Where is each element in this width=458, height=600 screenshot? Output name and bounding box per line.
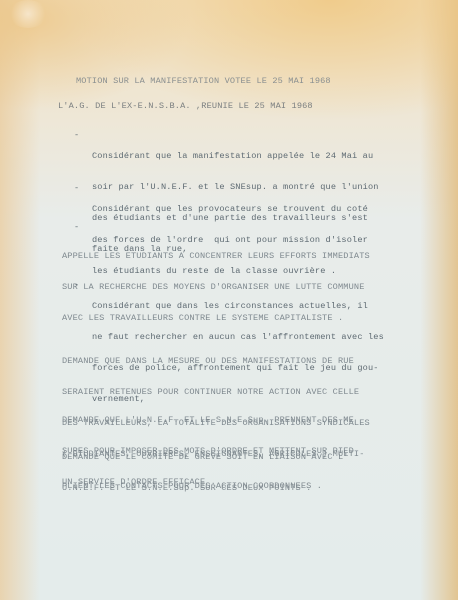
text-line: Considérant que la manifestation appelée…	[92, 151, 379, 161]
text-line: APPELLE LES ETUDIANTS A CONCENTRER LEURS…	[62, 251, 370, 261]
text-line: DEMANDE QUE LE COMITE DE GREVE SOIT EN L…	[62, 452, 349, 462]
typewritten-page: MOTION SUR LA MANIFESTATION VOTEE LE 25 …	[0, 0, 458, 600]
text-line: Considérant que les provocateurs se trou…	[92, 204, 368, 214]
text-line: DEMANDE QUE DANS LA MESURE OU DES MANIFE…	[62, 356, 370, 366]
text-line: DEMANDE QUE L'U.N.E.F. ET LE S.N.E.Sup. …	[62, 415, 354, 425]
paper-stain	[8, 0, 48, 28]
dash-marker: -	[74, 130, 79, 140]
document-title: MOTION SUR LA MANIFESTATION VOTEE LE 25 …	[76, 76, 331, 86]
dash-marker: -	[74, 183, 79, 193]
text-line: Considérant que dans les circonstances a…	[92, 301, 384, 311]
document-subtitle: L'A.G. DE L'EX-E.N.S.B.A. ,REUNIE LE 25 …	[58, 101, 313, 111]
paragraph-demande-3: DEMANDE QUE LE COMITE DE GREVE SOIT EN L…	[62, 431, 349, 514]
text-line: U.N.E.F. ET LE S.N.E.Sup. SUR CES DEUX P…	[62, 483, 349, 493]
dash-marker: -	[74, 280, 79, 290]
